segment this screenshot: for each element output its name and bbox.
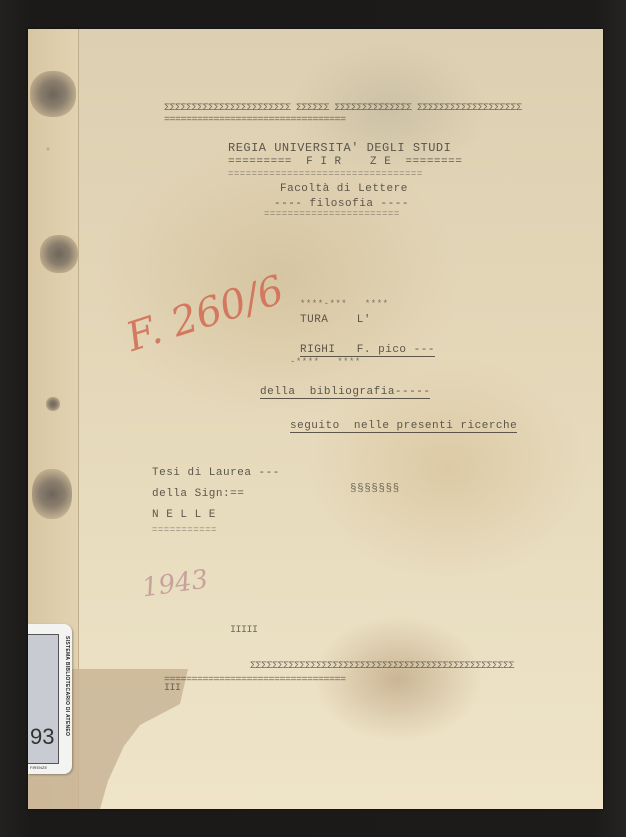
staple-stain — [30, 71, 76, 117]
city-rule: ================================= — [228, 169, 423, 179]
staple-stain — [40, 235, 78, 273]
faculty-name: Facoltà di Lettere — [280, 183, 408, 195]
bottom-decorative-rule: ΣΣΣΣΣΣΣΣΣΣΣΣΣΣΣΣΣΣΣΣΣΣΣΣΣΣΣΣΣΣΣΣΣΣΣΣΣΣΣΣ… — [250, 661, 546, 669]
candidate-label: della Sign:== — [152, 488, 244, 500]
title-line-3: della bibliografia----- — [260, 386, 430, 399]
typewriter-marks: IIIII — [230, 625, 274, 639]
staple-hole — [46, 397, 60, 411]
pencil-year: 1943 — [140, 565, 210, 604]
city-line: ========= F I R Z E ======== — [228, 156, 462, 168]
thesis-label: Tesi di Laurea --- — [152, 467, 280, 479]
library-label: SISTEMA BIBLIOTECARIO DI ATENEO 93 FIREN… — [28, 624, 72, 774]
label-institution: SISTEMA BIBLIOTECARIO DI ATENEO — [60, 636, 70, 764]
institution-name: REGIA UNIVERSITA' DEGLI STUDI — [228, 141, 451, 155]
red-shelfmark: F. 260/6 — [121, 267, 290, 361]
label-footer: FIRENZE — [30, 765, 47, 770]
bottom-marks: III — [164, 683, 194, 697]
title-line-4: seguito nelle presenti ricerche — [290, 420, 517, 433]
top-decorative-rule-2: ================================= — [164, 115, 546, 123]
label-number: 93 — [30, 724, 54, 750]
title-line-2: RIGHI F. pico --- — [300, 344, 435, 357]
candidate-name: N E L L E — [152, 509, 216, 521]
staple-stain — [32, 469, 72, 519]
title-line-1: TURA L' — [300, 314, 371, 326]
faculty-rule: ======================= — [264, 209, 400, 219]
document-page: ΣΣΣΣΣΣΣΣΣΣΣΣΣΣΣΣΣΣΣΣΣΣΣ ΣΣΣΣΣΣ ΣΣΣΣΣΣΣΣΣ… — [28, 29, 603, 809]
bottom-decorative-rule-2: ================================= — [164, 675, 546, 683]
title-rule: ****-*** **** — [300, 299, 389, 309]
title-rule-2: -**** **** — [290, 357, 361, 367]
typewriter-marks: §§§§§§§ — [350, 483, 400, 495]
top-decorative-rule: ΣΣΣΣΣΣΣΣΣΣΣΣΣΣΣΣΣΣΣΣΣΣΣ ΣΣΣΣΣΣ ΣΣΣΣΣΣΣΣΣ… — [164, 103, 546, 111]
candidate-rule: =========== — [152, 525, 217, 535]
